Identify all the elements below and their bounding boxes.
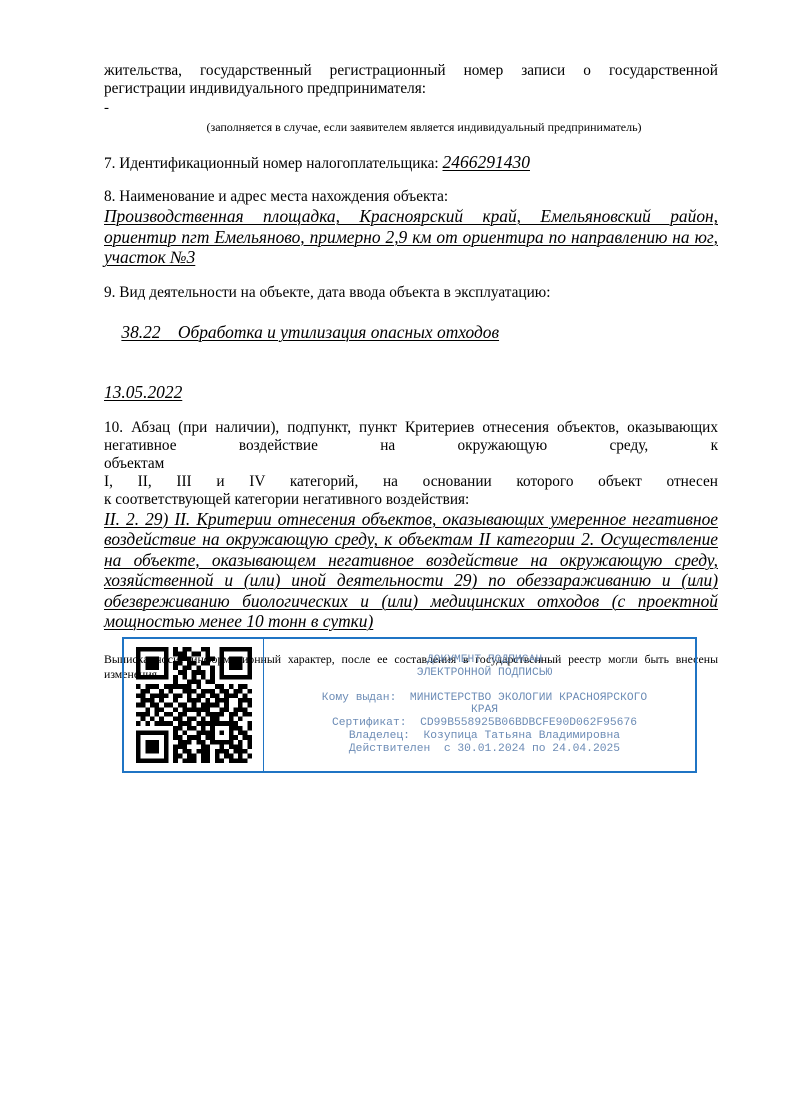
section-6-value: -: [104, 99, 718, 117]
electronic-signature-stamp: ДОКУМЕНТ ПОДПИСАН ЭЛЕКТРОННОЙ ПОДПИСЬЮ К…: [122, 637, 697, 773]
signature-validity: Действителен с 30.01.2024 по 24.04.2025: [274, 743, 695, 756]
section-9-activity: 38.22 Обработка и утилизация опасных отх…: [104, 302, 718, 364]
section-10-label-2: негативное воздействие на окружающую сре…: [104, 437, 718, 473]
section-8-value: Производственная площадка, Красноярский …: [104, 206, 718, 268]
section-6-line-1: жительства, государственный регистрацион…: [104, 62, 718, 80]
qr-code-icon: [136, 647, 252, 763]
signature-issued-to: Кому выдан: МИНИСТЕРСТВО ЭКОЛОГИИ КРАСНО…: [274, 692, 695, 705]
section-8-label: 8. Наименование и адрес места нахождения…: [104, 188, 718, 206]
section-7: 7. Идентификационный номер налогоплатель…: [104, 152, 718, 173]
section-10-label-3: I, II, III и IV категорий, на основании …: [104, 473, 718, 491]
activity-value: 38.22 Обработка и утилизация опасных отх…: [121, 322, 499, 342]
signature-certificate: Сертификат: CD99B558925B06BDBCFE90D062F9…: [274, 717, 695, 730]
section-6-note: (заполняется в случае, если заявителем я…: [104, 119, 718, 135]
section-7-label: 7. Идентификационный номер налогоплатель…: [104, 155, 443, 172]
signature-info: ДОКУМЕНТ ПОДПИСАН ЭЛЕКТРОННОЙ ПОДПИСЬЮ К…: [264, 639, 695, 771]
section-9-label: 9. Вид деятельности на объекте, дата вво…: [104, 284, 718, 302]
section-9-date: 13.05.2022: [104, 382, 718, 403]
section-6-line-2: регистрации индивидуального предпринимат…: [104, 80, 718, 98]
document-page: жительства, государственный регистрацион…: [104, 62, 718, 682]
signature-title-1: ДОКУМЕНТ ПОДПИСАН: [274, 654, 695, 667]
qr-code-cell: [124, 639, 264, 771]
section-10-label-4: к соответствующей категории негативного …: [104, 491, 718, 509]
section-10-label-1: 10. Абзац (при наличии), подпункт, пункт…: [104, 419, 718, 437]
signature-owner: Владелец: Козупица Татьяна Владимировна: [274, 730, 695, 743]
section-10-value: II. 2. 29) II. Критерии отнесения объект…: [104, 509, 718, 632]
commissioning-date-value: 13.05.2022: [104, 382, 182, 402]
taxpayer-id-value: 2466291430: [443, 152, 531, 172]
signature-issued-to-2: КРАЯ: [274, 704, 695, 717]
signature-title-2: ЭЛЕКТРОННОЙ ПОДПИСЬЮ: [274, 667, 695, 680]
